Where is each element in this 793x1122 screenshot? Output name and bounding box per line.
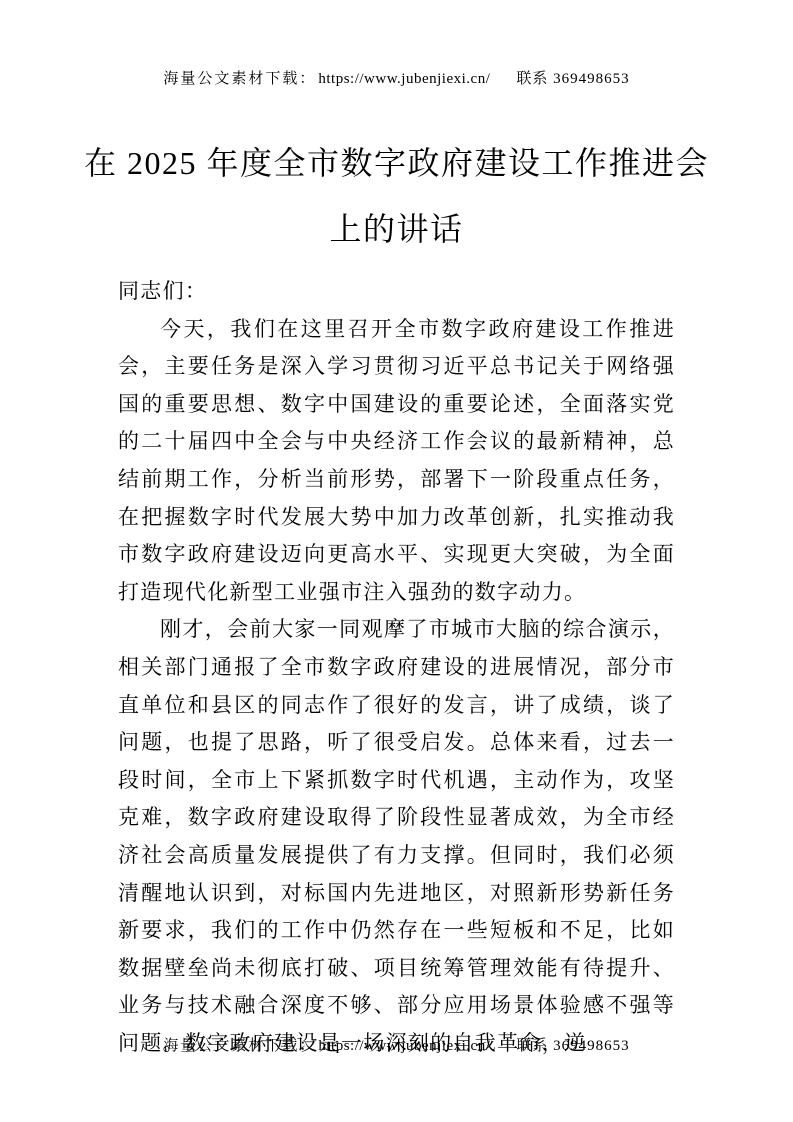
footer-watermark-contact: 联系 369498653 [516, 1038, 629, 1054]
salutation: 同志们： [118, 273, 675, 311]
footer-watermark: 海量公文素材下载：https://www.jubenjiexi.cn/联系 36… [0, 1034, 793, 1055]
footer-watermark-url: https://www.jubenjiexi.cn/ [318, 1038, 490, 1054]
document-page: 海量公文素材下载：https://www.jubenjiexi.cn/联系 36… [0, 0, 793, 1122]
header-watermark-contact: 联系 369498653 [516, 71, 629, 87]
header-watermark: 海量公文素材下载：https://www.jubenjiexi.cn/联系 36… [0, 67, 793, 88]
document-title-line-2: 上的讲话 [60, 196, 733, 262]
document-body: 同志们： 今天，我们在这里召开全市数字政府建设工作推进会，主要任务是深入学习贯彻… [118, 273, 675, 1062]
paragraph-1: 今天，我们在这里召开全市数字政府建设工作推进会，主要任务是深入学习贯彻习近平总书… [118, 311, 675, 612]
footer-watermark-label: 海量公文素材下载： [163, 1038, 316, 1054]
header-watermark-url: https://www.jubenjiexi.cn/ [318, 71, 490, 87]
document-title: 在 2025 年度全市数字政府建设工作推进会 上的讲话 [60, 130, 733, 262]
paragraph-2: 刚才，会前大家一同观摩了市城市大脑的综合演示，相关部门通报了全市数字政府建设的进… [118, 611, 675, 1062]
document-title-line-1: 在 2025 年度全市数字政府建设工作推进会 [60, 130, 733, 196]
header-watermark-label: 海量公文素材下载： [163, 71, 316, 87]
